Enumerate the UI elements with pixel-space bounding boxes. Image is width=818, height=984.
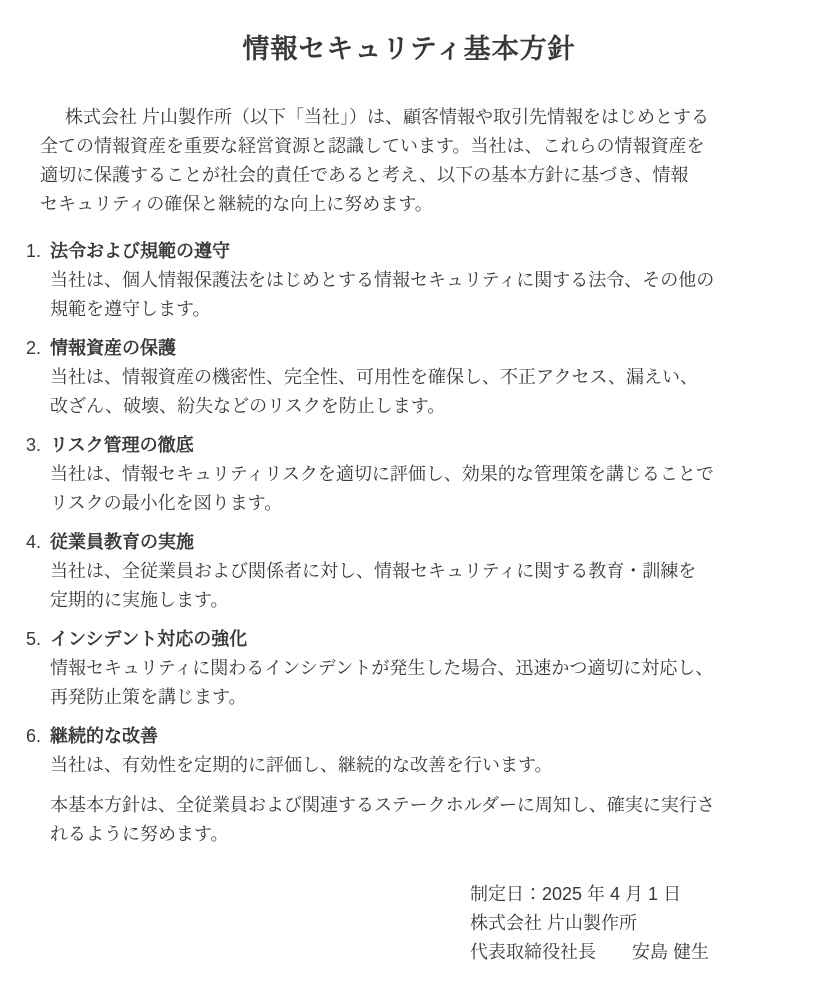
section-number: 5.: [26, 625, 41, 654]
section-continuous-improvement: 6. 継続的な改善 当社は、有効性を定期的に評価し、継続的な改善を行います。: [0, 722, 818, 780]
section-number: 2.: [26, 334, 41, 363]
section-body-line: 当社は、情報資産の機密性、完全性、可用性を確保し、不正アクセス、漏えい、: [50, 363, 818, 392]
section-number: 3.: [26, 431, 41, 460]
signature-block: 制定日：2025 年 4 月 1 日 株式会社 片山製作所 代表取締役社長 安島…: [470, 880, 818, 967]
enactment-date: 制定日：2025 年 4 月 1 日: [470, 880, 818, 909]
section-legal-compliance: 1. 法令および規範の遵守 当社は、個人情報保護法をはじめとする情報セキュリティ…: [0, 237, 818, 324]
section-number: 4.: [26, 528, 41, 557]
intro-paragraph: 株式会社 片山製作所（以下「当社」）は、顧客情報や取引先情報をはじめとする 全て…: [40, 103, 788, 219]
section-heading: 法令および規範の遵守: [50, 237, 818, 266]
company-name: 株式会社 片山製作所: [470, 909, 818, 938]
intro-line-4: セキュリティの確保と継続的な向上に努めます。: [40, 190, 788, 219]
section-heading: インシデント対応の強化: [50, 625, 818, 654]
section-heading: 情報資産の保護: [50, 334, 818, 363]
section-risk-management: 3. リスク管理の徹底 当社は、情報セキュリティリスクを適切に評価し、効果的な管…: [0, 431, 818, 518]
section-body-line: 当社は、個人情報保護法をはじめとする情報セキュリティに関する法令、その他の: [50, 266, 818, 295]
closing-paragraph: 本基本方針は、全従業員および関連するステークホルダーに周知し、確実に実行さ れる…: [0, 791, 818, 849]
section-heading: 従業員教育の実施: [50, 528, 818, 557]
section-body-line: 情報セキュリティに関わるインシデントが発生した場合、迅速かつ適切に対応し、: [50, 654, 818, 683]
section-incident-response: 5. インシデント対応の強化 情報セキュリティに関わるインシデントが発生した場合…: [0, 625, 818, 712]
section-body-line: 定期的に実施します。: [50, 586, 818, 615]
section-heading: リスク管理の徹底: [50, 431, 818, 460]
intro-line-3: 適切に保護することが社会的責任であると考え、以下の基本方針に基づき、情報: [40, 161, 788, 190]
section-employee-education: 4. 従業員教育の実施 当社は、全従業員および関係者に対し、情報セキュリティに関…: [0, 528, 818, 615]
section-body-line: 当社は、全従業員および関係者に対し、情報セキュリティに関する教育・訓練を: [50, 557, 818, 586]
document-title: 情報セキュリティ基本方針: [0, 0, 818, 65]
section-body-line: 当社は、有効性を定期的に評価し、継続的な改善を行います。: [50, 751, 818, 780]
president-signature: 代表取締役社長 安島 健生: [470, 938, 818, 967]
closing-line-2: れるように努めます。: [50, 820, 818, 849]
section-body-line: 規範を遵守します。: [50, 295, 818, 324]
intro-line-1: 株式会社 片山製作所（以下「当社」）は、顧客情報や取引先情報をはじめとする: [40, 103, 788, 132]
intro-line-2: 全ての情報資産を重要な経営資源と認識しています。当社は、これらの情報資産を: [40, 132, 788, 161]
closing-line-1: 本基本方針は、全従業員および関連するステークホルダーに周知し、確実に実行さ: [50, 791, 818, 820]
section-asset-protection: 2. 情報資産の保護 当社は、情報資産の機密性、完全性、可用性を確保し、不正アク…: [0, 334, 818, 421]
section-number: 6.: [26, 722, 41, 751]
policy-sections: 1. 法令および規範の遵守 当社は、個人情報保護法をはじめとする情報セキュリティ…: [0, 237, 818, 780]
section-body-line: 再発防止策を講じます。: [50, 683, 818, 712]
section-body-line: 当社は、情報セキュリティリスクを適切に評価し、効果的な管理策を講じることで: [50, 460, 818, 489]
section-body-line: 改ざん、破壊、紛失などのリスクを防止します。: [50, 392, 818, 421]
section-body-line: リスクの最小化を図ります。: [50, 489, 818, 518]
policy-document-page: 情報セキュリティ基本方針 株式会社 片山製作所（以下「当社」）は、顧客情報や取引…: [0, 0, 818, 984]
section-heading: 継続的な改善: [50, 722, 818, 751]
section-number: 1.: [26, 237, 41, 266]
